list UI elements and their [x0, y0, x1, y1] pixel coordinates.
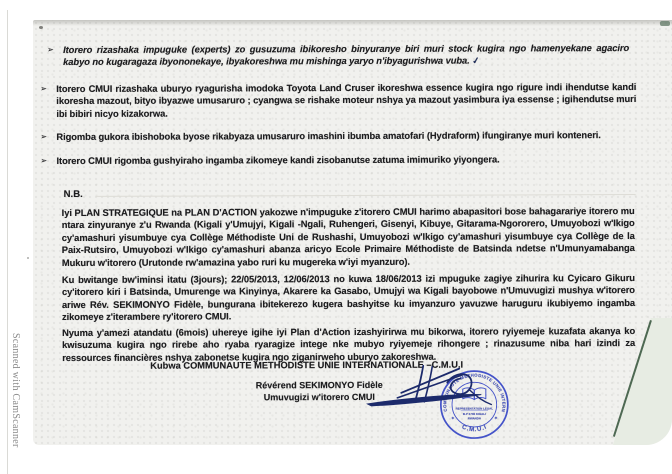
bullet-text: Itorero CMUI rizashaka uburyo ryagurisha… — [56, 81, 636, 120]
nb-label: N.B. — [64, 189, 83, 200]
scanned-paper: ➢ Itorero rizashaka impuguke (experts) z… — [33, 20, 672, 445]
bullet-item: ➢ Itorero CMUI rizashaka uburyo ryaguris… — [40, 81, 636, 120]
bullet-text: Rigomba gukora ibishoboka byose rikabyaz… — [56, 129, 636, 143]
bullet-arrow-icon: ➢ — [40, 155, 56, 167]
signature-ink — [359, 359, 514, 415]
bullet-item: ➢ Rigomba gukora ibishoboka byose rikaby… — [40, 129, 636, 143]
bullet-list: ➢ Itorero rizashaka impuguke (experts) z… — [40, 42, 636, 182]
paragraph: Ku bwitange bw'iminsi itatu (3jours); 22… — [62, 272, 635, 324]
stamp-line3: RWANDA — [468, 416, 482, 420]
bullet-text: Itorero CMUI rigomba gushyiraho ingamba … — [56, 153, 636, 167]
bullet-arrow-icon: ➢ — [47, 44, 63, 69]
bullet-item: ➢ Itorero CMUI rigomba gushyiraho ingamb… — [40, 153, 636, 167]
document-content: ➢ Itorero rizashaka impuguke (experts) z… — [33, 19, 672, 446]
bullet-text: Itorero rizashaka impuguke (experts) zo … — [63, 42, 629, 69]
stamp-arc-bottom-text: C.M.U.I — [461, 423, 488, 433]
bullet-item: ➢ Itorero rizashaka impuguke (experts) z… — [47, 42, 629, 69]
bullet-text-body: Itorero rizashaka impuguke (experts) zo … — [63, 42, 629, 67]
paragraph: Iyi PLAN STRATEGIQUE na PLAN D'ACTION ya… — [62, 205, 635, 269]
nb-faint-rule — [96, 194, 636, 197]
paper-speck — [27, 257, 29, 259]
bullet-arrow-icon: ➢ — [40, 131, 56, 143]
check-mark-icon: ✓ — [471, 55, 480, 68]
camscanner-watermark: Scanned with CamScanner — [7, 333, 21, 474]
bullet-arrow-icon: ➢ — [40, 83, 56, 120]
